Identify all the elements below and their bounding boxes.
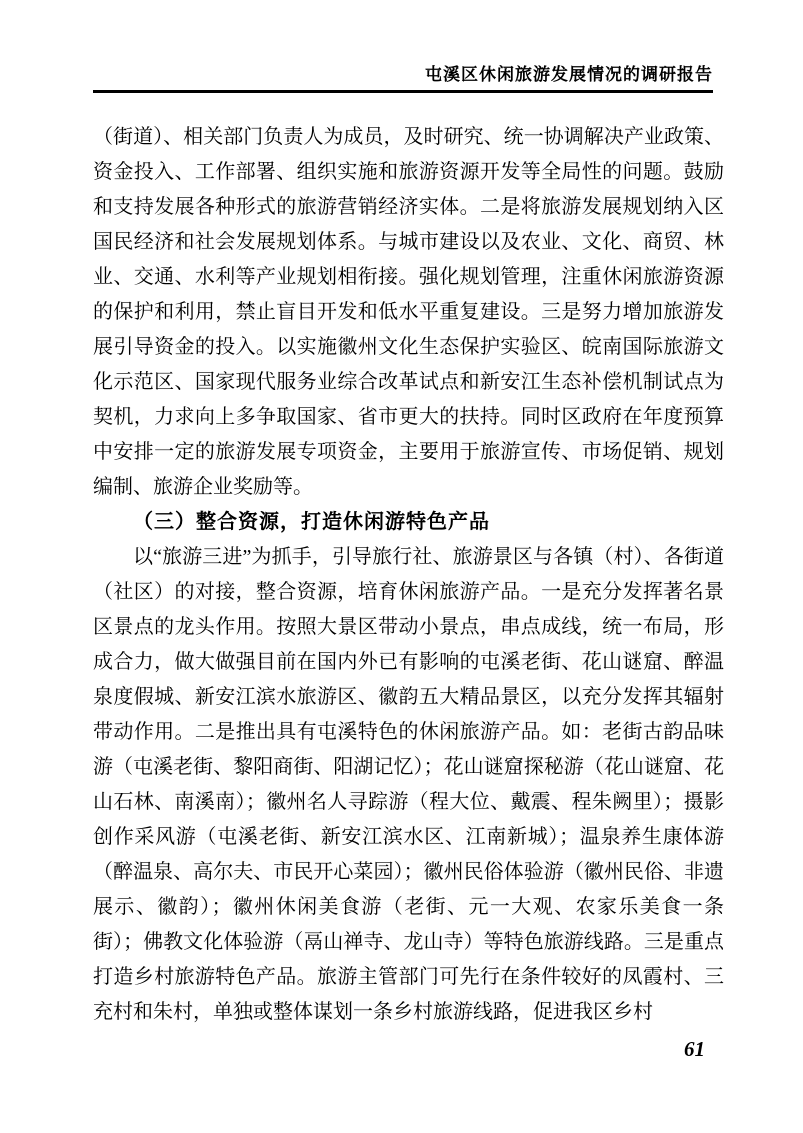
document-page: 屯溪区休闲旅游发展情况的调研报告 （街道）、相关部门负责人为成员，及时研究、统一… xyxy=(0,0,803,1133)
paragraph-continuation: （街道）、相关部门负责人为成员，及时研究、统一协调解决产业政策、资金投入、工作部… xyxy=(93,120,724,505)
document-body: （街道）、相关部门负责人为成员，及时研究、统一协调解决产业政策、资金投入、工作部… xyxy=(93,120,724,1030)
page-number: 61 xyxy=(684,1037,705,1061)
running-header: 屯溪区休闲旅游发展情况的调研报告 xyxy=(93,64,713,93)
paragraph-products: 以“旅游三进”为抓手，引导旅行社、旅游景区与各镇（村）、各街道（社区）的对接，整… xyxy=(93,540,724,1030)
running-header-title: 屯溪区休闲旅游发展情况的调研报告 xyxy=(425,65,713,84)
section-heading: （三）整合资源，打造休闲游特色产品 xyxy=(93,505,724,540)
